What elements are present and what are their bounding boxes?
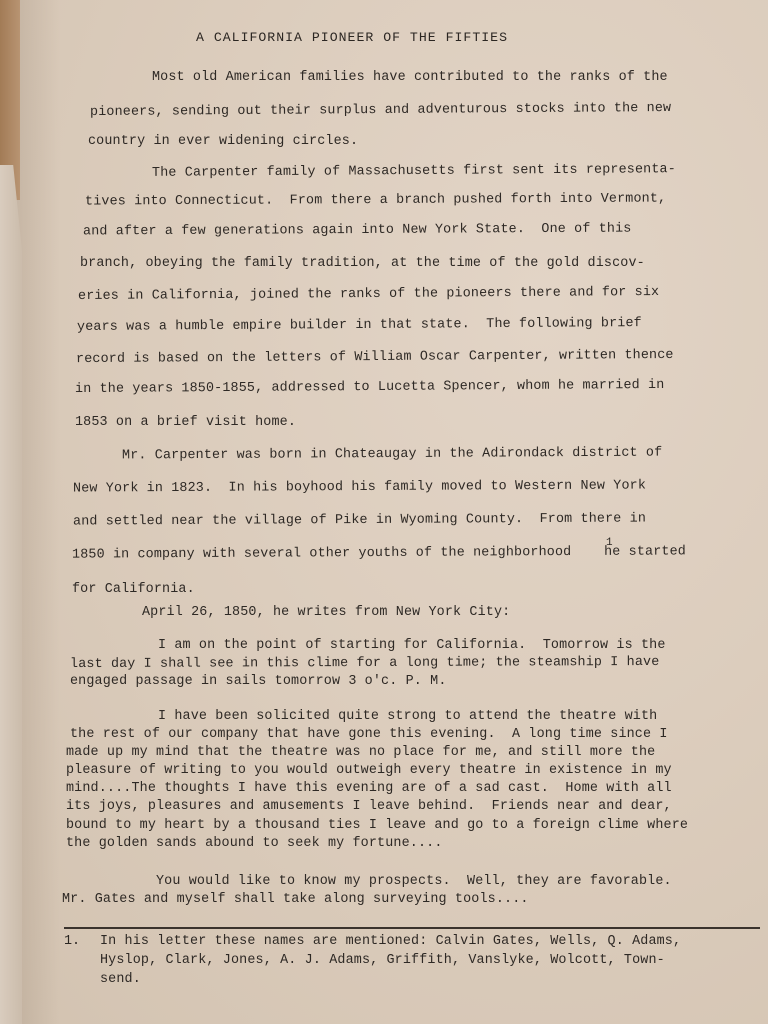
document-title: A CALIFORNIA PIONEER OF THE FIFTIES bbox=[196, 30, 508, 45]
letter-line: made up my mind that the theatre was no … bbox=[66, 745, 655, 760]
letter-line: mind....The thoughts I have this evening… bbox=[66, 781, 672, 796]
text-line: The Carpenter family of Massachusetts fi… bbox=[152, 162, 676, 181]
text-line: 1853 on a brief visit home. bbox=[75, 415, 296, 430]
text-line: for California. bbox=[72, 582, 195, 597]
letter-line: the rest of our company that have gone t… bbox=[70, 727, 668, 742]
letter-line: I am on the point of starting for Califo… bbox=[158, 638, 666, 653]
text-line: country in ever widening circles. bbox=[88, 134, 358, 149]
letter-line: bound to my heart by a thousand ties I l… bbox=[66, 818, 688, 833]
footnote-line: In his letter these names are mentioned:… bbox=[100, 934, 681, 949]
letter-line: You would like to know my prospects. Wel… bbox=[156, 874, 672, 889]
footnote-line: Hyslop, Clark, Jones, A. J. Adams, Griff… bbox=[100, 953, 665, 968]
text-line: in the years 1850-1855, addressed to Luc… bbox=[75, 378, 664, 397]
text-line: Mr. Carpenter was born in Chateaugay in … bbox=[122, 446, 662, 464]
footnote-number: 1. bbox=[64, 934, 80, 949]
letter-line: pleasure of writing to you would outweig… bbox=[66, 763, 672, 778]
footnote-marker: 1 bbox=[606, 537, 613, 549]
text-line: New York in 1823. In his boyhood his fam… bbox=[73, 479, 646, 497]
text-line: years was a humble empire builder in tha… bbox=[77, 316, 642, 335]
letter-line: engaged passage in sails tomorrow 3 o'c.… bbox=[70, 674, 447, 689]
footnote-divider bbox=[64, 927, 760, 929]
underlying-sheet-edge bbox=[0, 165, 22, 1024]
text-line: tives into Connecticut. From there a bra… bbox=[85, 191, 666, 209]
text-line: Most old American families have contribu… bbox=[152, 70, 668, 85]
letter-line: Mr. Gates and myself shall take along su… bbox=[62, 892, 529, 907]
typewritten-page: A CALIFORNIA PIONEER OF THE FIFTIES Most… bbox=[0, 0, 768, 1024]
text-line: branch, obeying the family tradition, at… bbox=[80, 256, 645, 271]
text-line: pioneers, sending out their surplus and … bbox=[90, 101, 671, 120]
letter-line: the golden sands abound to seek my fortu… bbox=[66, 836, 443, 851]
text-line: April 26, 1850, he writes from New York … bbox=[142, 605, 510, 620]
text-line: 1850 in company with several other youth… bbox=[72, 544, 686, 562]
letter-line: I have been solicited quite strong to at… bbox=[158, 709, 657, 724]
text-line: record is based on the letters of Willia… bbox=[76, 348, 674, 367]
letter-line: its joys, pleasures and amusements I lea… bbox=[66, 799, 672, 814]
text-line: eries in California, joined the ranks of… bbox=[78, 285, 659, 304]
text-line: and after a few generations again into N… bbox=[83, 222, 632, 240]
letter-line: last day I shall see in this clime for a… bbox=[70, 655, 659, 672]
footnote-line: send. bbox=[100, 972, 141, 987]
text-line: and settled near the village of Pike in … bbox=[73, 512, 646, 530]
